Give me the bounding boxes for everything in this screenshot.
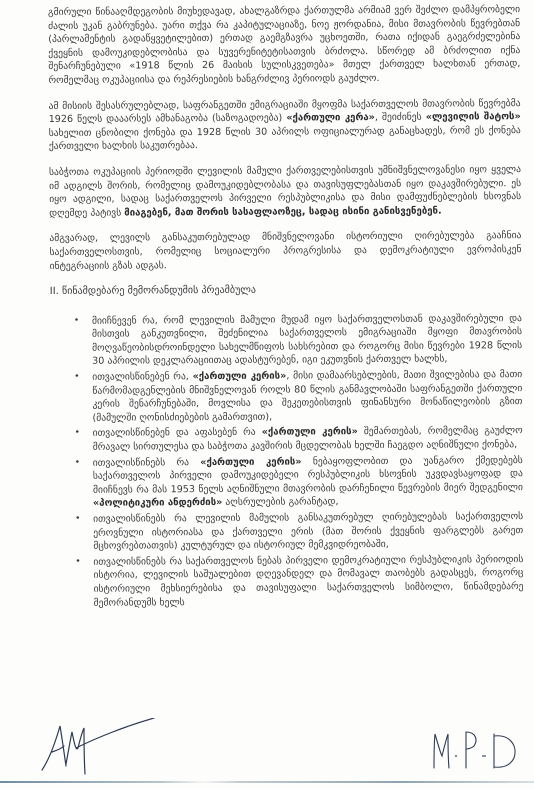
emphasized-text: «პოლიტიკური ანდერძის» bbox=[93, 497, 222, 509]
list-item: •ითვალისწინებს რა ლევილის მამულის განსაკ… bbox=[93, 510, 523, 553]
list-item: •ითვალისწინებენ და აფასებენ რა «ქართული … bbox=[93, 425, 523, 455]
list-item: •ითვალისწინებენ რა, «ქართული კერის», მის… bbox=[92, 368, 522, 425]
signature-left bbox=[36, 718, 156, 778]
text-run: , შეიძინეს bbox=[375, 112, 426, 123]
page-bottom-edge bbox=[0, 781, 534, 783]
paragraph: საბჭოთა ოკუპაციის პერიოდში ლევილის მამულ… bbox=[49, 163, 521, 220]
text-run: ითვალისწინებს რა საქართველოს ნებას პირვე… bbox=[93, 554, 523, 608]
emphasized-text: «ქართული კერის» bbox=[193, 371, 287, 383]
section-heading: II. წინამდებარე მემორანდუმის პრეამბულა bbox=[50, 282, 522, 298]
bullet-icon: • bbox=[74, 371, 79, 385]
bullet-icon: • bbox=[74, 315, 79, 329]
text-run: ითვალისწინებს რა bbox=[93, 457, 201, 469]
paragraph: ამგვარად, ლევილს განსაკუთრებულად მნიშვნე… bbox=[49, 229, 521, 273]
paragraph: გმირული წინააღმდეგობის მიუხედავად, ახალგ… bbox=[48, 3, 520, 87]
bullet-icon: • bbox=[75, 513, 80, 527]
emphasized-text: «ქართული კერა» bbox=[286, 112, 375, 124]
emphasized-text: «ქართული კერის» bbox=[262, 427, 358, 439]
document-page: გმირული წინააღმდეგობის მიუხედავად, ახალგ… bbox=[48, 3, 524, 612]
bullet-icon: • bbox=[75, 427, 80, 441]
text-run: აღსრულების გარანტად, bbox=[222, 497, 338, 509]
emphasized-text: «ლევილის შატოს» bbox=[426, 111, 521, 123]
emphasized-text: მიაგებენ, მათ შორის სასაფლაოზეც, სადაც ი… bbox=[124, 205, 441, 218]
bullet-icon: • bbox=[75, 456, 80, 470]
text-run: ამგვარად, ლევილს განსაკუთრებულად მნიშვნე… bbox=[49, 230, 521, 271]
paragraph: ამ მისიის შესასრულებლად, საფრანგეთში ემი… bbox=[49, 97, 521, 154]
list-item: •ითვალისწინებს რა «ქართული კერის» ნებაყო… bbox=[93, 454, 523, 511]
body-paragraphs: გმირული წინააღმდეგობის მიუხედავად, ახალგ… bbox=[48, 3, 522, 273]
text-run: მიიჩნევენ რა, რომ ლევილის მამული მუდამ ი… bbox=[92, 313, 522, 367]
text-run: სახელით ცნობილი ქონება და 1928 წლის 30 ა… bbox=[49, 125, 521, 152]
emphasized-text: «ქართული კერის» bbox=[200, 456, 301, 468]
bullet-icon: • bbox=[75, 556, 80, 570]
text-run: გმირული წინააღმდეგობის მიუხედავად, ახალგ… bbox=[48, 4, 520, 86]
list-item: •მიიჩნევენ რა, რომ ლევილის მამული მუდამ … bbox=[92, 312, 522, 369]
text-run: ითვალისწინებენ რა, bbox=[92, 371, 192, 383]
preamble-list: •მიიჩნევენ რა, რომ ლევილის მამული მუდამ … bbox=[50, 312, 524, 610]
text-run: ითვალისწინებს რა ლევილის მამულის განსაკუ… bbox=[93, 511, 523, 552]
signature-right-initials bbox=[430, 728, 520, 773]
list-item: •ითვალისწინებს რა საქართველოს ნებას პირვ… bbox=[93, 553, 523, 610]
text-run: ითვალისწინებენ და აფასებენ რა bbox=[93, 427, 262, 439]
